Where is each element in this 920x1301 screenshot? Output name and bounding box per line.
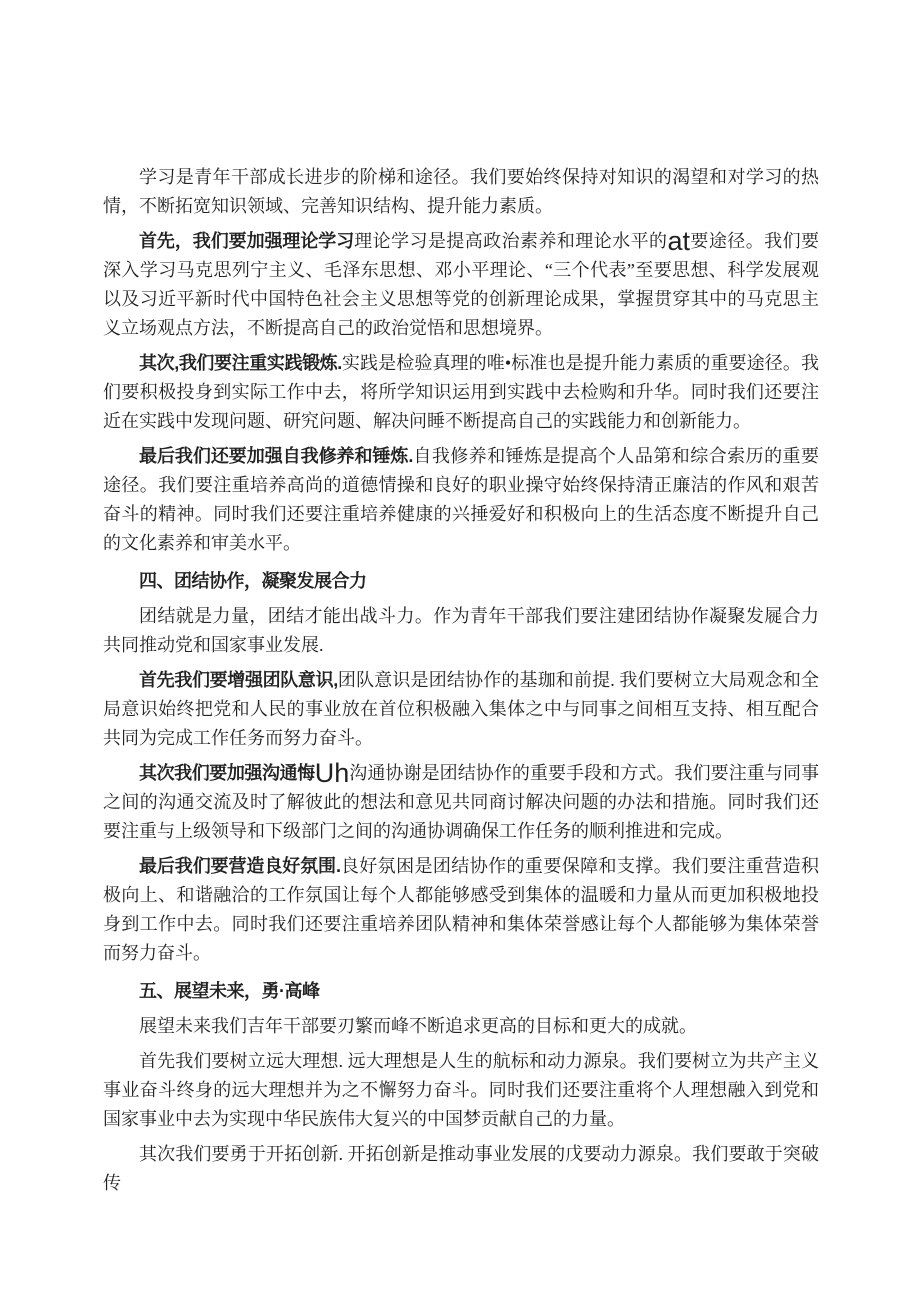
bold-text-run: 其次,我们要注重实践锻炼. [139,353,342,373]
bold-text-run: 首先我们要增强团队意识, [139,670,338,690]
latin-artifact-run: Uh [315,758,350,788]
paragraph: 首先我们要增强团队意识,团队意识是团结协作的基珈和前提. 我们要树立大局观念和全… [103,666,819,753]
bold-text-run: 五、展望未来，勇·高峰 [139,981,320,1001]
section-heading: 四、团结协作，凝聚发展合力 [103,567,819,596]
text-run: 学习是青年干部成长进步的阶梯和途径。我们要始终保持对知识的渴望和对学习的热情，不… [103,167,819,216]
text-run: 首先我们要树立远大理想. 远大理想是人生的航标和动力源泉。我们要树立为共产主义事… [103,1051,819,1129]
bold-text-run: 四、团结协作，凝聚发展合力 [139,571,367,591]
paragraph: 展望未来我们吉年干部要刃繁而峰不断追求更高的目标和更大的成就。 [103,1012,819,1041]
paragraph: 其次我们要勇于开拓创新. 开拓创新是推动事业发展的戊要动力源泉。我们要敢于突破传 [103,1140,819,1198]
text-run: 团结就是力量，团结才能出战斗力。作为青年干部我们要注建团结协作凝聚发屣合力共同推… [103,606,819,655]
paragraph: 最后我们要营造良好氛围.良好氛困是团结协作的重要保障和支撑。我们要注重营造积极向… [103,852,819,968]
text-run: 理论学习是提高政治素养和理论水平的 [354,231,667,251]
bold-text-run: 最后我们还要加强自我修养和锤炼. [139,446,413,466]
paragraph: 其次,我们要注重实践锻炼.实践是检验真理的唯•标准也是提升能力素质的重要途径。我… [103,349,819,436]
paragraph: 学习是青年干部成长进步的阶梯和途径。我们要始终保持对知识的渴望和对学习的热情，不… [103,163,819,221]
bold-text-run: 其次我们要加强沟通悔 [139,763,315,783]
bold-text-run: 最后我们要营造良好氛围. [139,856,340,876]
paragraph: 团结就是力量，团结才能出战斗力。作为青年干部我们要注建团结协作凝聚发屣合力共同推… [103,602,819,660]
document-content: 学习是青年干部成长进步的阶梯和途径。我们要始终保持对知识的渴望和对学习的热情，不… [103,163,819,1204]
paragraph: 首先我们要树立远大理想. 远大理想是人生的航标和动力源泉。我们要树立为共产主义事… [103,1047,819,1134]
text-run: 展望未来我们吉年干部要刃繁而峰不断追求更高的目标和更大的成就。 [139,1016,697,1036]
bold-text-run: 首先，我们要加强理论学习 [139,231,354,251]
paragraph: 最后我们还要加强自我修养和锤炼.自我修养和锤炼是提高个人品第和综合索历的重要途径… [103,442,819,558]
document-page: 学习是青年干部成长进步的阶梯和途径。我们要始终保持对知识的渴望和对学习的热情，不… [0,0,920,1301]
text-run: 其次我们要勇于开拓创新. 开拓创新是推动事业发展的戊要动力源泉。我们要敢于突破传 [103,1144,819,1193]
latin-artifact-run: at [667,226,690,256]
section-heading: 五、展望未来，勇·高峰 [103,977,819,1006]
paragraph: 其次我们要加强沟通悔Uh沟通协谢是团结协作的重要手段和方式。我们要注重与同事之间… [103,759,819,846]
paragraph: 首先，我们要加强理论学习理论学习是提高政治素养和理论水平的at要途径。我们要深入… [103,227,819,343]
